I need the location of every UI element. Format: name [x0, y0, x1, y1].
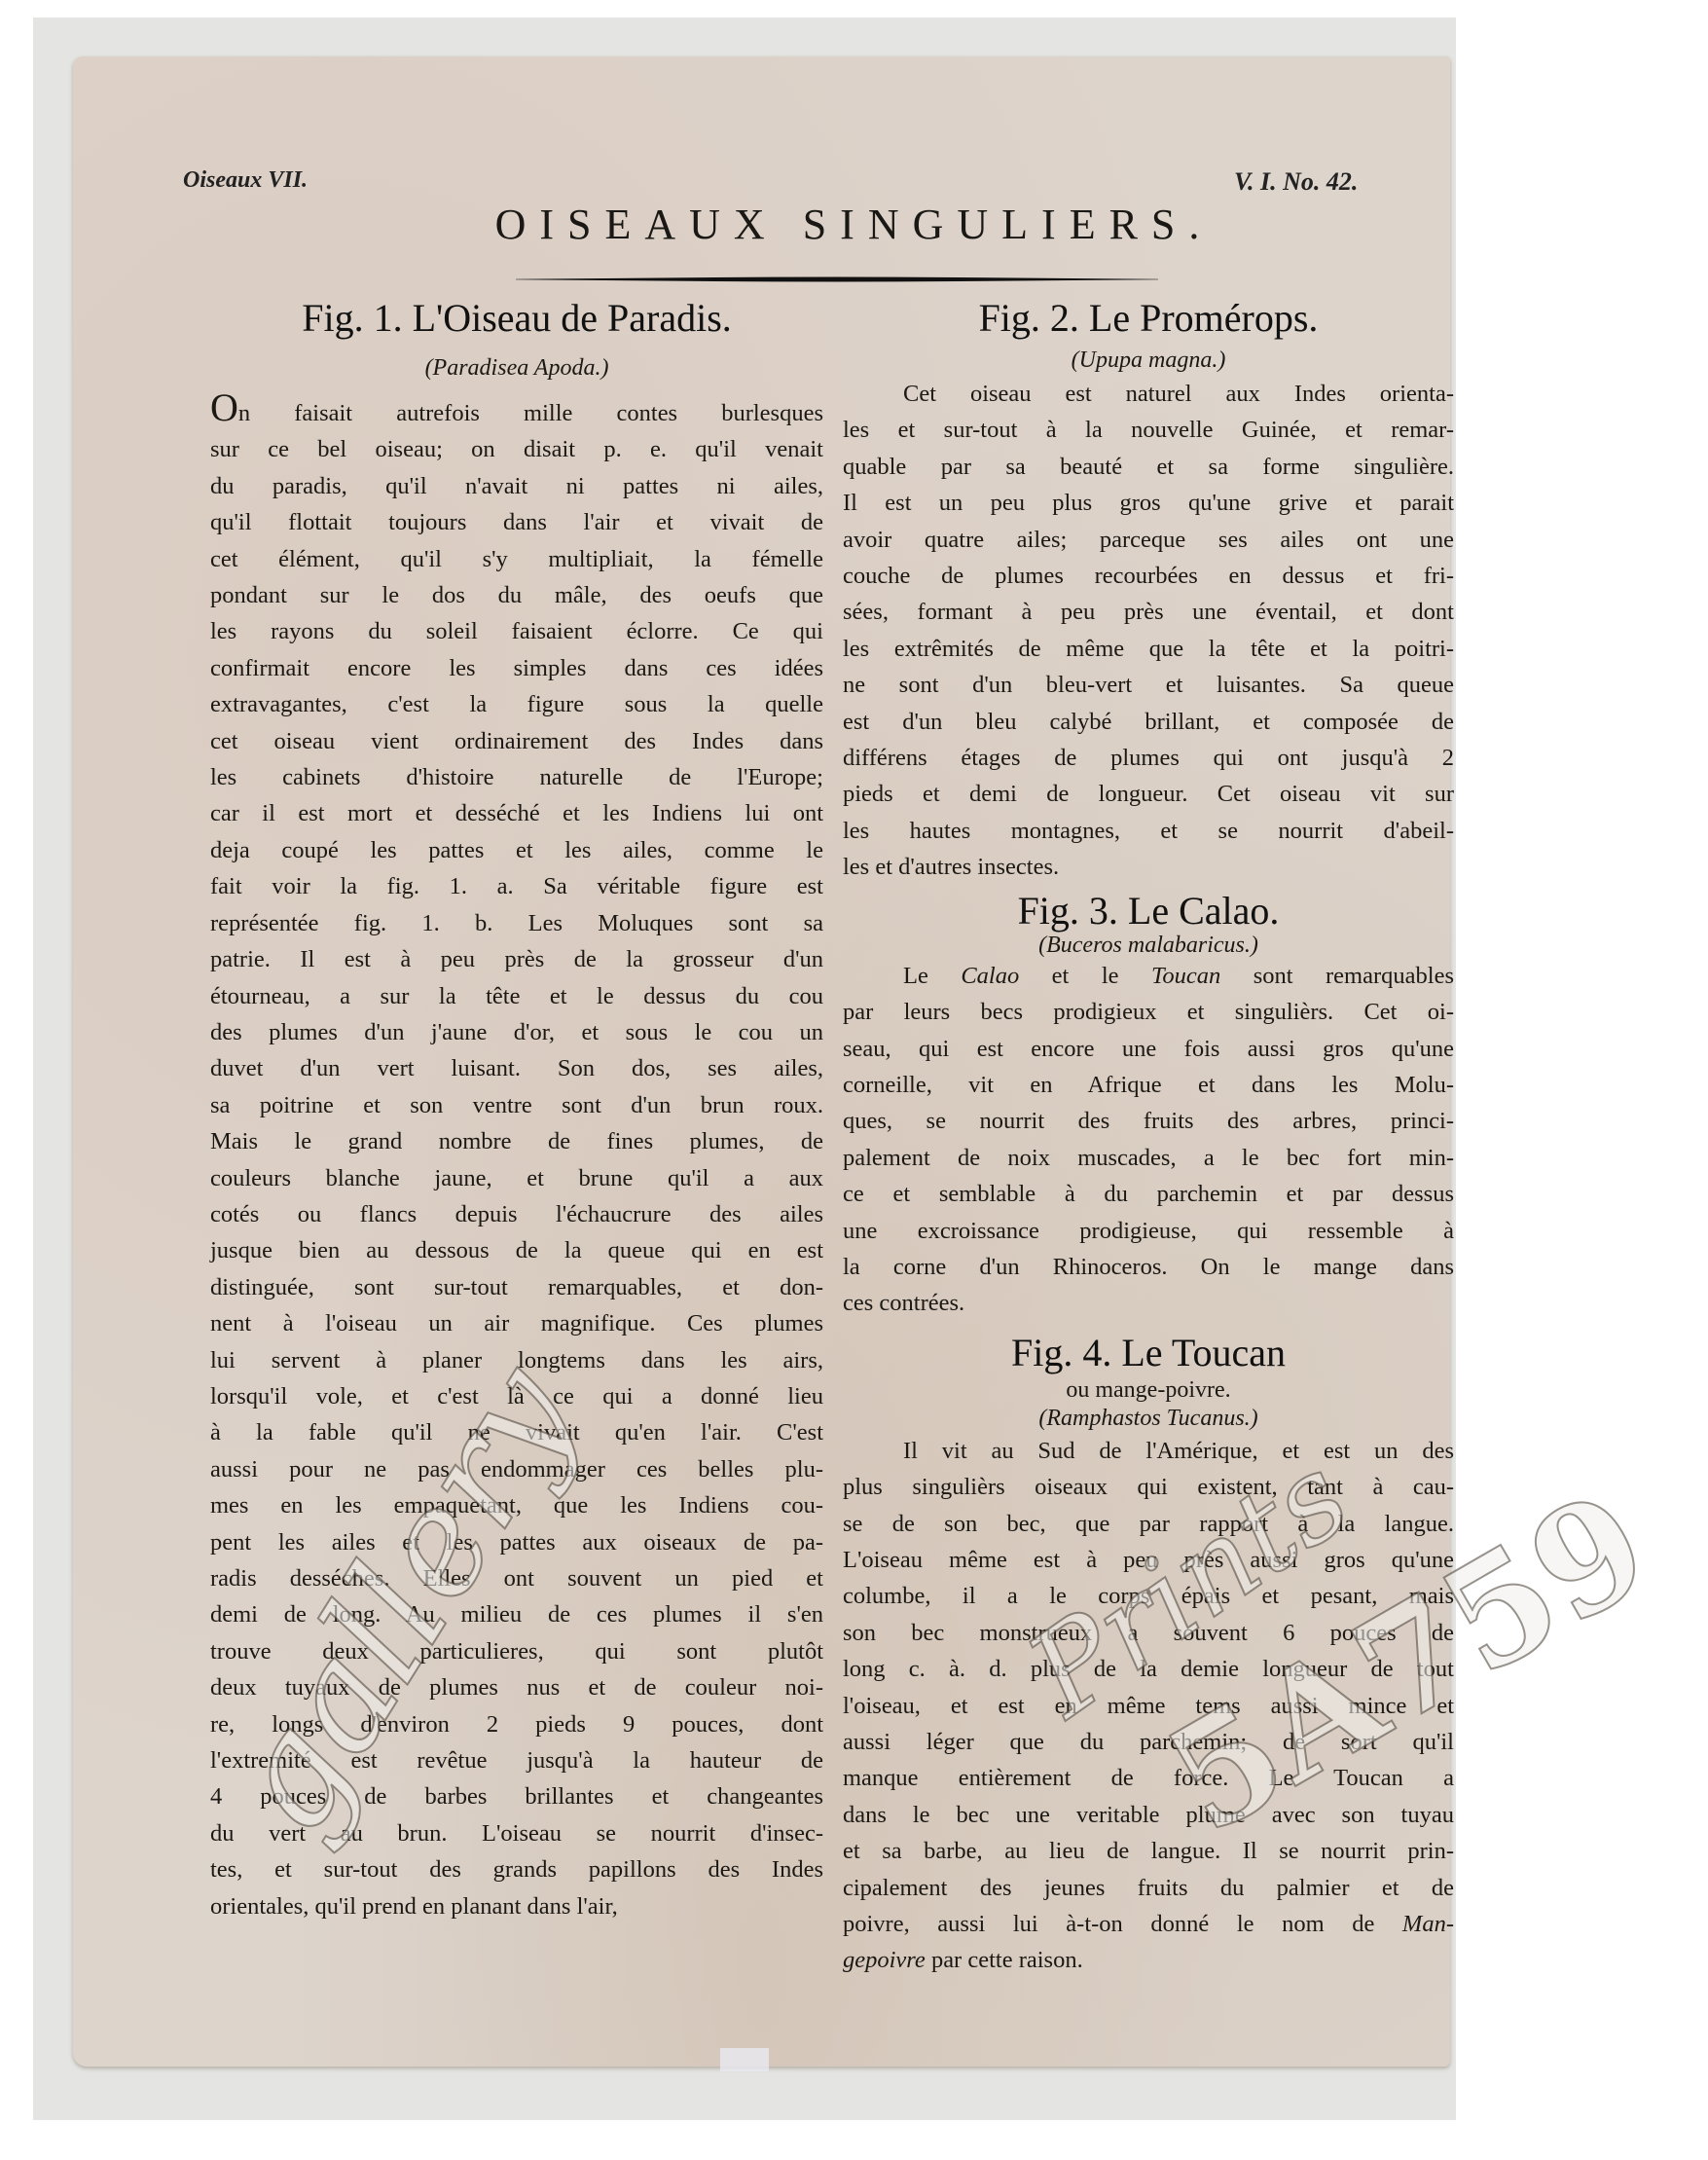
text-line: quable par sa beauté et sa forme singuli…	[843, 449, 1454, 485]
text-line: du paradis, qu'il n'avait ni pattes ni a…	[210, 468, 823, 504]
fig4-latin-name: (Ramphastos Tucanus.)	[843, 1404, 1454, 1433]
fig2-heading: Fig. 2. Le Promérops.	[843, 292, 1454, 345]
text-line: manque entièrement de force. Le Toucan a	[843, 1760, 1454, 1796]
text-line: long c. à. d. plus de la demie longueur …	[843, 1651, 1454, 1687]
text-line: sées, formant à peu près une éventail, e…	[843, 594, 1454, 630]
fig4-line-penultimate: poivre, aussi lui à-t-on donné le nom de…	[843, 1906, 1454, 1942]
text-line: cotés ou flancs depuis l'échaucrure des …	[210, 1196, 823, 1232]
text-line: corneille, vit en Afrique et dans les Mo…	[843, 1067, 1454, 1103]
text-line: L'oiseau même est à peu près aussi gros …	[843, 1542, 1454, 1578]
text-line: différens étages de plumes qui ont jusqu…	[843, 740, 1454, 776]
column-right: Fig. 2. Le Promérops. (Upupa magna.) Cet…	[843, 292, 1454, 1979]
fig4-body-end: poivre, aussi lui à-t-on donné le nom de…	[843, 1906, 1454, 1979]
text-line: les extrêmités de même que la tête et la…	[843, 631, 1454, 667]
text-line: étourneau, a sur la tête et le dessus du…	[210, 978, 823, 1014]
running-head-right: V. I. No. 42.	[1234, 167, 1358, 197]
text-line: l'oiseau, et est en même tems aussi minc…	[843, 1688, 1454, 1724]
text-line: une excroissance prodigieuse, qui ressem…	[843, 1213, 1454, 1249]
text-line: ces contrées.	[843, 1285, 1454, 1321]
text-line: extravagantes, c'est la figure sous la q…	[210, 686, 823, 722]
fig1-line-first: On faisait autrefois mille contes burles…	[210, 393, 823, 431]
text-line: seau, qui est encore une fois aussi gros…	[843, 1031, 1454, 1067]
text-line: et sa barbe, au lieu de langue. Il se no…	[843, 1833, 1454, 1869]
text-line: représentée fig. 1. b. Les Moluques sont…	[210, 905, 823, 941]
text-line: du vert au brun. L'oiseau se nourrit d'i…	[210, 1815, 823, 1851]
fig2-latin-name: (Upupa magna.)	[843, 345, 1454, 376]
text-line: Il est un peu plus gros qu'une grive et …	[843, 485, 1454, 521]
text-line: distinguée, sont sur-tout remarquables, …	[210, 1269, 823, 1305]
fig2-body-text: Cet oiseau est naturel aux Indes orienta…	[843, 376, 1454, 886]
fig4-line-last: gepoivre par cette raison.	[843, 1942, 1454, 1978]
text-line: des plumes d'un j'aune d'or, et sous le …	[210, 1014, 823, 1050]
text-line: duvet d'un vert luisant. Son dos, ses ai…	[210, 1050, 823, 1086]
text-line: palement de noix muscades, a le bec fort…	[843, 1140, 1454, 1176]
text-line: Il vit au Sud de l'Amérique, et est un d…	[843, 1433, 1454, 1469]
text-line: sa poitrine et son ventre sont d'un brun…	[210, 1087, 823, 1123]
running-head-left: Oiseaux VII.	[183, 167, 308, 194]
drop-cap: O	[210, 385, 238, 429]
fig4-body-text: Il vit au Sud de l'Amérique, et est un d…	[843, 1433, 1454, 1906]
text-line: par leurs becs prodigieux et singulièrs.…	[843, 994, 1454, 1030]
text-line: est d'un bleu calybé brillant, et compos…	[843, 704, 1454, 740]
text-line: nent à l'oiseau un air magnifique. Ces p…	[210, 1305, 823, 1341]
fig3-body-text: Le Calao et le Toucan sont remarquables …	[843, 958, 1454, 1322]
fig1-heading: Fig. 1. L'Oiseau de Paradis.	[210, 292, 823, 345]
page-title: OISEAUX SINGULIERS.	[0, 200, 1708, 249]
text-line: cet oiseau vient ordinairement des Indes…	[210, 723, 823, 759]
text-line: columbe, il a le corps épais et pesant, …	[843, 1578, 1454, 1614]
text-line: mes en les empaquetant, que les Indiens …	[210, 1487, 823, 1523]
text-line: cipalement des jeunes fruits du palmier …	[843, 1870, 1454, 1906]
fig4-subtitle: ou mange-poivre.	[843, 1376, 1454, 1404]
text-line: jusque bien au dessous de la queue qui e…	[210, 1232, 823, 1268]
text-line: couche de plumes recourbées en dessus et…	[843, 558, 1454, 594]
text-line: pieds et demi de longueur. Cet oiseau vi…	[843, 776, 1454, 812]
text-line: deja coupé les pattes et les ailes, comm…	[210, 832, 823, 868]
text-line: plus singulièrs oiseaux qui existent, ta…	[843, 1469, 1454, 1505]
text-line: re, longs d'environ 2 pieds 9 pouces, do…	[210, 1706, 823, 1742]
text-line: Cet oiseau est naturel aux Indes orienta…	[843, 376, 1454, 412]
text-line: les cabinets d'histoire naturelle de l'E…	[210, 759, 823, 795]
text-line: la corne d'un Rhinoceros. On le mange da…	[843, 1249, 1454, 1285]
text-line: les rayons du soleil faisaient éclorre. …	[210, 613, 823, 649]
text-line: sur ce bel oiseau; on disait p. e. qu'il…	[210, 431, 823, 467]
text-line: ques, se nourrit des fruits des arbres, …	[843, 1103, 1454, 1139]
fig3-heading: Fig. 3. Le Calao.	[843, 890, 1454, 933]
text-line: à la fable qu'il ne vivait qu'en l'air. …	[210, 1414, 823, 1450]
fig3-line-first: Le Calao et le Toucan sont remarquables	[843, 958, 1454, 994]
text-line: trouve deux particulieres, qui sont plut…	[210, 1633, 823, 1669]
text-line: lorsqu'il vole, et c'est là ce qui a don…	[210, 1378, 823, 1414]
text-line: dans le bec une veritable plume avec son…	[843, 1797, 1454, 1833]
text-line: confirmait encore les simples dans ces i…	[210, 650, 823, 686]
text-line: les et sur-tout à la nouvelle Guinée, et…	[843, 412, 1454, 448]
column-left: Fig. 1. L'Oiseau de Paradis. (Paradisea …	[210, 292, 823, 1924]
text-line: avoir quatre ailes; parceque ses ailes o…	[843, 522, 1454, 558]
text-line: demi de long. Au milieu de ces plumes il…	[210, 1596, 823, 1632]
text-line: couleurs blanche jaune, et brune qu'il a…	[210, 1160, 823, 1196]
text-line: pent les ailes et les pattes aux oiseaux…	[210, 1524, 823, 1560]
text-line: tes, et sur-tout des grands papillons de…	[210, 1851, 823, 1887]
text-line: aussi léger que du parchemin; de sort qu…	[843, 1724, 1454, 1760]
text-line: lui servent à planer longtems dans les a…	[210, 1342, 823, 1378]
text-line: orientales, qu'il prend en planant dans …	[210, 1888, 823, 1924]
fig1-body-text: On faisait autrefois mille contes burles…	[210, 393, 823, 1924]
text-line: les et d'autres insectes.	[843, 849, 1454, 885]
text-line: Mais le grand nombre de fines plumes, de	[210, 1123, 823, 1159]
fig4-heading: Fig. 4. Le Toucan	[843, 1330, 1454, 1376]
text-line: l'extremité est revêtue jusqu'à la haute…	[210, 1742, 823, 1778]
text-line: pondant sur le dos du mâle, des oeufs qu…	[210, 577, 823, 613]
text-line: fait voir la fig. 1. a. Sa véritable fig…	[210, 868, 823, 904]
fig1-latin-name: (Paradisea Apoda.)	[210, 352, 823, 384]
toucan-term: Toucan	[1151, 963, 1220, 989]
text-line: aussi pour ne pas endommager ces belles …	[210, 1451, 823, 1487]
text-line: ce et semblable à du parchemin et par de…	[843, 1176, 1454, 1212]
text-line: cet élément, qu'il s'y multipliait, la f…	[210, 541, 823, 577]
text-line: se de son bec, que par rapport à la lang…	[843, 1506, 1454, 1542]
text-line: les hautes montagnes, et se nourrit d'ab…	[843, 813, 1454, 849]
text-line: 4 pouces de barbes brillantes et changea…	[210, 1778, 823, 1814]
text-line: son bec monstrueux a souvent 6 pouces de	[843, 1615, 1454, 1651]
calao-term: Calao	[961, 963, 1019, 989]
fig3-latin-name: (Buceros malabaricus.)	[843, 933, 1454, 958]
text-line: qu'il flottait toujours dans l'air et vi…	[210, 504, 823, 540]
text-line: patrie. Il est à peu près de la grosseur…	[210, 941, 823, 977]
text-line: deux tuyaux de plumes nus et de couleur …	[210, 1669, 823, 1705]
paper-tape-tab	[720, 2048, 769, 2071]
text-line: car il est mort et desséché et les Indie…	[210, 795, 823, 831]
text-line: ne sont d'un bleu-vert et luisantes. Sa …	[843, 667, 1454, 703]
text-line: radis desséches. Elles ont souvent un pi…	[210, 1560, 823, 1596]
